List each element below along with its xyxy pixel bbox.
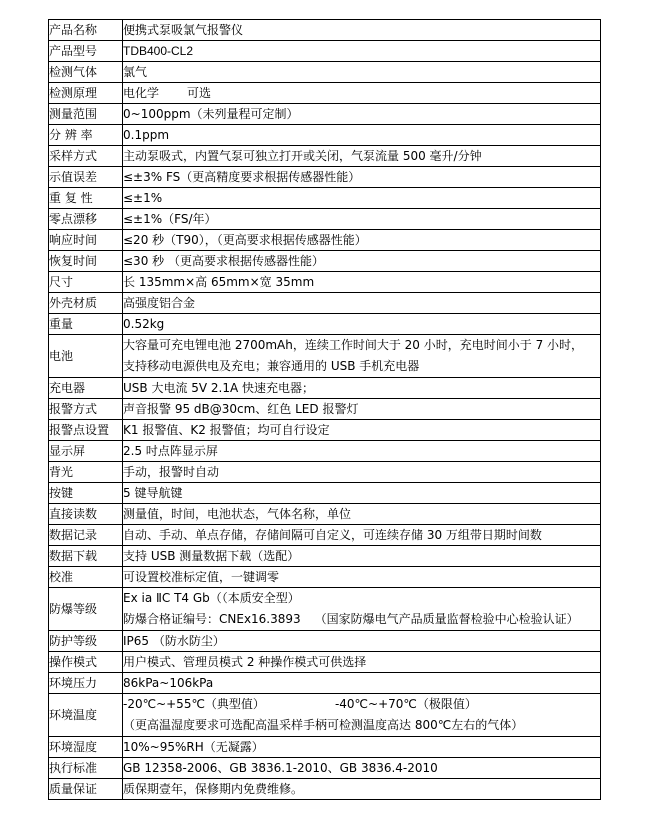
table-row: 检测气体 氯气 [49, 62, 601, 83]
table-row: 重量 0.52kg [49, 314, 601, 335]
row-label: 重量 [49, 314, 123, 335]
row-value: -20℃~+55℃（典型值）-40℃~+70℃（极限值） （更高温湿度要求可选配… [123, 694, 601, 737]
row-value: 0.52kg [123, 314, 601, 335]
row-value: 测量值，时间，电池状态，气体名称，单位 [123, 504, 601, 525]
row-value: 用户模式、管理员模式 2 种操作模式可供选择 [123, 652, 601, 673]
table-row: 检测原理 电化学可选 [49, 83, 601, 104]
certificate-number: 防爆合格证编号：CNEx16.3893 [123, 612, 301, 626]
table-row: 报警方式 声音报警 95 dB@30cm、红色 LED 报警灯 [49, 399, 601, 420]
row-value: 0~100ppm（未列量程可定制） [123, 104, 601, 125]
table-row: 重 复 性 ≤±1% [49, 188, 601, 209]
row-value: 可设置校准标定值，一键调零 [123, 567, 601, 588]
table-row: 电池 大容量可充电锂电池 2700mAh，连续工作时间大于 20 小时，充电时间… [49, 335, 601, 378]
row-label: 恢复时间 [49, 251, 123, 272]
row-label: 环境温度 [49, 694, 123, 737]
principle-value: 电化学 [123, 86, 159, 100]
row-value: 2.5 吋点阵显示屏 [123, 441, 601, 462]
table-row: 测量范围 0~100ppm（未列量程可定制） [49, 104, 601, 125]
row-value: 大容量可充电锂电池 2700mAh，连续工作时间大于 20 小时，充电时间小于 … [123, 335, 601, 378]
row-label: 重 复 性 [49, 188, 123, 209]
row-label: 直接读数 [49, 504, 123, 525]
row-value: ≤30 秒 （更高要求根据传感器性能） [123, 251, 601, 272]
row-label: 报警方式 [49, 399, 123, 420]
row-value: 质保期壹年，保修期内免费维修。 [123, 779, 601, 800]
table-row: 环境压力 86kPa~106kPa [49, 673, 601, 694]
row-label: 分 辨 率 [49, 125, 123, 146]
table-row: 充电器 USB 大电流 5V 2.1A 快速充电器； [49, 378, 601, 399]
row-value: USB 大电流 5V 2.1A 快速充电器； [123, 378, 601, 399]
row-value: TDB400-CL2 [123, 41, 601, 62]
table-row: 环境温度 -20℃~+55℃（典型值）-40℃~+70℃（极限值） （更高温湿度… [49, 694, 601, 737]
table-row: 数据记录 自动、手动、单点存储，存储间隔可自定义，可连续存储 30 万组带日期时… [49, 525, 601, 546]
typical-temperature: -20℃~+55℃（典型值） [123, 697, 265, 711]
table-row: 产品型号 TDB400-CL2 [49, 41, 601, 62]
table-row: 响应时间 ≤20 秒（T90），（更高要求根据传感器性能） [49, 230, 601, 251]
table-row: 报警点设置 K1 报警值、K2 报警值；均可自行设定 [49, 420, 601, 441]
row-label: 环境湿度 [49, 737, 123, 758]
row-label: 质量保证 [49, 779, 123, 800]
row-value: 10%~95%RH（无凝露） [123, 737, 601, 758]
row-label: 外壳材质 [49, 293, 123, 314]
row-value: ≤±1% [123, 188, 601, 209]
row-value: IP65 （防水防尘） [123, 631, 601, 652]
row-label: 响应时间 [49, 230, 123, 251]
table-row: 分 辨 率 0.1ppm [49, 125, 601, 146]
row-value: 自动、手动、单点存储，存储间隔可自定义，可连续存储 30 万组带日期时间数 [123, 525, 601, 546]
certificate-authority: （国家防爆电气产品质量监督检验中心检验认证） [315, 612, 579, 626]
row-value: 86kPa~106kPa [123, 673, 601, 694]
table-row: 操作模式 用户模式、管理员模式 2 种操作模式可供选择 [49, 652, 601, 673]
table-row: 环境湿度 10%~95%RH（无凝露） [49, 737, 601, 758]
table-row: 采样方式 主动泵吸式，内置气泵可独立打开或关闭，气泵流量 500 毫升/分钟 [49, 146, 601, 167]
row-label: 按键 [49, 483, 123, 504]
row-label: 零点漂移 [49, 209, 123, 230]
row-label: 操作模式 [49, 652, 123, 673]
row-value: 高强度铝合金 [123, 293, 601, 314]
table-row: 质量保证 质保期壹年，保修期内免费维修。 [49, 779, 601, 800]
row-label: 产品名称 [49, 20, 123, 41]
row-label: 示值误差 [49, 167, 123, 188]
row-label: 数据下载 [49, 546, 123, 567]
row-label: 显示屏 [49, 441, 123, 462]
table-row: 外壳材质 高强度铝合金 [49, 293, 601, 314]
row-label: 检测原理 [49, 83, 123, 104]
row-label: 检测气体 [49, 62, 123, 83]
temperature-line-1: -20℃~+55℃（典型值）-40℃~+70℃（极限值） [123, 694, 600, 715]
limit-temperature: -40℃~+70℃（极限值） [335, 697, 477, 711]
row-value: 0.1ppm [123, 125, 601, 146]
table-row: 防护等级 IP65 （防水防尘） [49, 631, 601, 652]
row-value: 5 键导航键 [123, 483, 601, 504]
row-label: 环境压力 [49, 673, 123, 694]
table-row: 直接读数 测量值，时间，电池状态，气体名称，单位 [49, 504, 601, 525]
explosion-proof-line-2: 防爆合格证编号：CNEx16.3893（国家防爆电气产品质量监督检验中心检验认证… [123, 609, 600, 630]
row-value: 主动泵吸式，内置气泵可独立打开或关闭，气泵流量 500 毫升/分钟 [123, 146, 601, 167]
row-value: 手动，报警时自动 [123, 462, 601, 483]
row-label: 充电器 [49, 378, 123, 399]
row-value: Ex ia ⅡC T4 Gb（（本质安全型） 防爆合格证编号：CNEx16.38… [123, 588, 601, 631]
row-value: 声音报警 95 dB@30cm、红色 LED 报警灯 [123, 399, 601, 420]
row-label: 采样方式 [49, 146, 123, 167]
row-value: 氯气 [123, 62, 601, 83]
row-label: 校准 [49, 567, 123, 588]
table-row: 产品名称 便携式泵吸氯气报警仪 [49, 20, 601, 41]
row-label: 防护等级 [49, 631, 123, 652]
row-value: ≤20 秒（T90），（更高要求根据传感器性能） [123, 230, 601, 251]
principle-optional: 可选 [187, 86, 211, 100]
table-row: 示值误差 ≤±3% FS（更高精度要求根据传感器性能） [49, 167, 601, 188]
row-label: 测量范围 [49, 104, 123, 125]
row-label: 防爆等级 [49, 588, 123, 631]
table-row: 数据下载 支持 USB 测量数据下载（选配） [49, 546, 601, 567]
battery-line-1: 大容量可充电锂电池 2700mAh，连续工作时间大于 20 小时，充电时间小于 … [123, 335, 600, 356]
row-label: 背光 [49, 462, 123, 483]
row-value: GB 12358-2006、GB 3836.1-2010、GB 3836.4-2… [123, 758, 601, 779]
battery-line-2: 支持移动电源供电及充电；兼容通用的 USB 手机充电器 [123, 356, 600, 377]
row-label: 电池 [49, 335, 123, 378]
row-value: 电化学可选 [123, 83, 601, 104]
explosion-proof-line-1: Ex ia ⅡC T4 Gb（（本质安全型） [123, 588, 600, 609]
temperature-line-2: （更高温湿度要求可选配高温采样手柄可检测温度高达 800℃左右的气体） [123, 715, 600, 736]
table-row: 防爆等级 Ex ia ⅡC T4 Gb（（本质安全型） 防爆合格证编号：CNEx… [49, 588, 601, 631]
table-row: 执行标准 GB 12358-2006、GB 3836.1-2010、GB 383… [49, 758, 601, 779]
table-row: 显示屏 2.5 吋点阵显示屏 [49, 441, 601, 462]
row-value: 支持 USB 测量数据下载（选配） [123, 546, 601, 567]
row-label: 报警点设置 [49, 420, 123, 441]
row-label: 数据记录 [49, 525, 123, 546]
table-row: 恢复时间 ≤30 秒 （更高要求根据传感器性能） [49, 251, 601, 272]
row-value: K1 报警值、K2 报警值；均可自行设定 [123, 420, 601, 441]
table-row: 校准 可设置校准标定值，一键调零 [49, 567, 601, 588]
row-value: ≤±1%（FS/年） [123, 209, 601, 230]
row-label: 尺寸 [49, 272, 123, 293]
row-label: 执行标准 [49, 758, 123, 779]
table-row: 按键 5 键导航键 [49, 483, 601, 504]
row-value: 长 135mm×高 65mm×宽 35mm [123, 272, 601, 293]
row-value: ≤±3% FS（更高精度要求根据传感器性能） [123, 167, 601, 188]
table-row: 零点漂移 ≤±1%（FS/年） [49, 209, 601, 230]
table-row: 尺寸 长 135mm×高 65mm×宽 35mm [49, 272, 601, 293]
row-value: 便携式泵吸氯气报警仪 [123, 20, 601, 41]
spec-table: 产品名称 便携式泵吸氯气报警仪 产品型号 TDB400-CL2 检测气体 氯气 … [48, 19, 601, 800]
table-row: 背光 手动，报警时自动 [49, 462, 601, 483]
row-label: 产品型号 [49, 41, 123, 62]
